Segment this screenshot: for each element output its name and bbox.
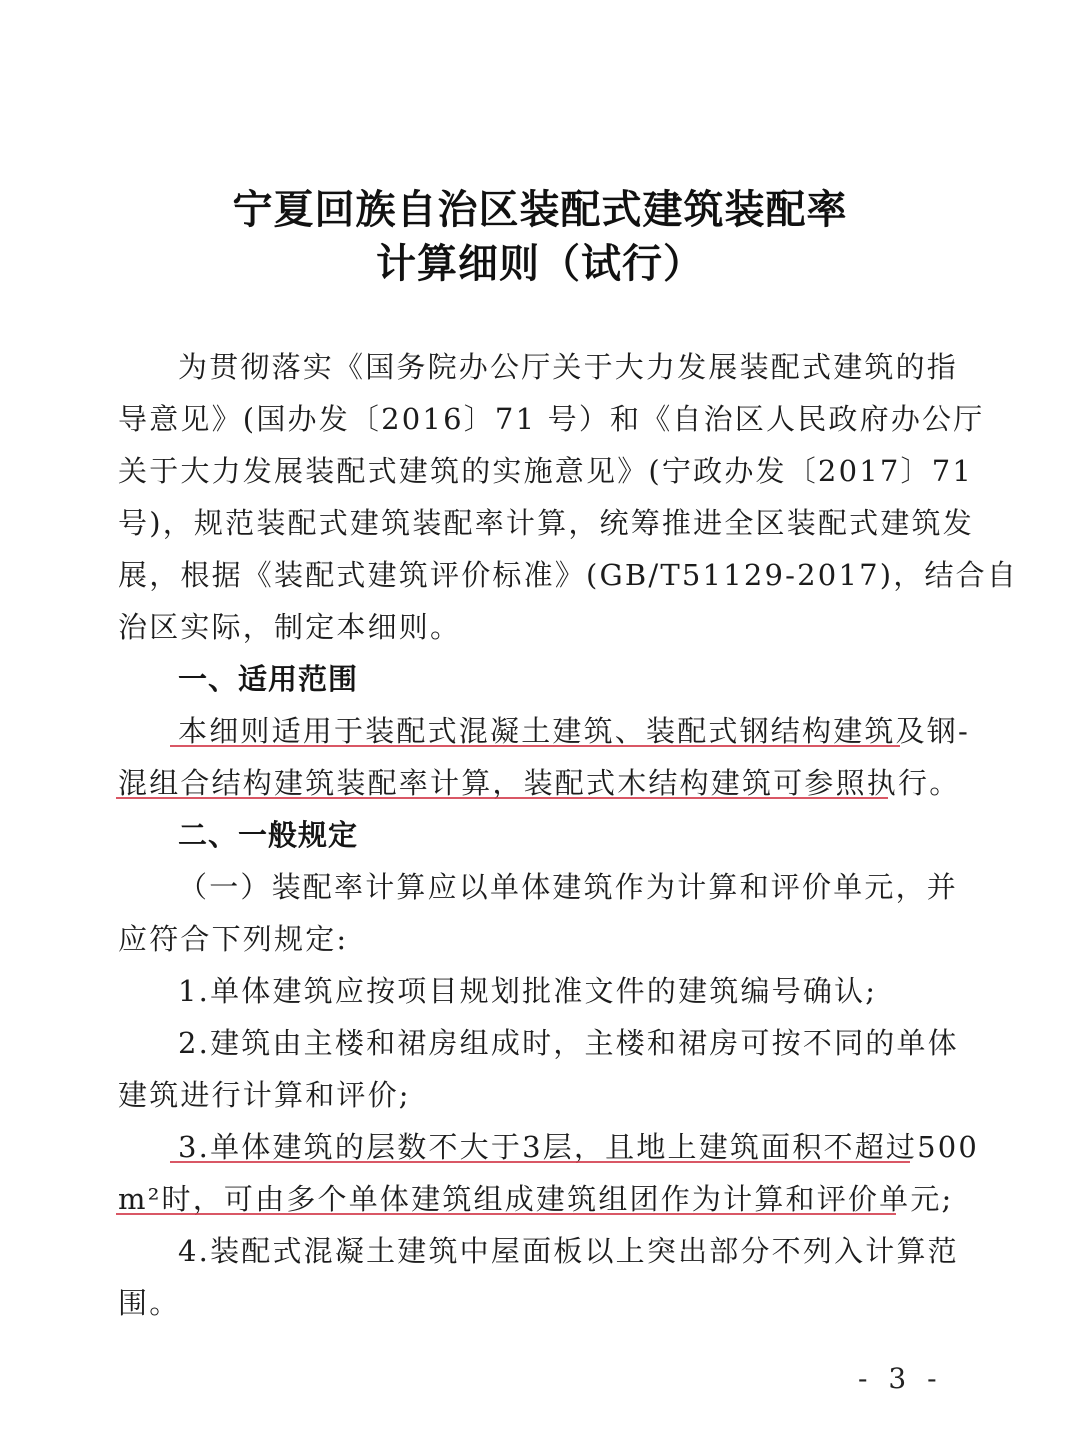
red-underline bbox=[170, 1161, 910, 1163]
scope-line: 混组合结构建筑装配率计算，装配式木结构建筑可参照执行。 bbox=[118, 761, 960, 802]
red-underline bbox=[170, 745, 900, 747]
preamble-line: 关于大力发展装配式建筑的实施意见》(宁政办发〔2017〕71 bbox=[118, 449, 973, 490]
red-underline bbox=[116, 1213, 896, 1215]
preamble-line: 展，根据《装配式建筑评价标准》(GB/T51129-2017)，结合自 bbox=[118, 553, 1018, 594]
general-line: m²时，可由多个单体建筑组成建筑组团作为计算和评价单元; bbox=[118, 1177, 954, 1218]
general-line: 4.装配式混凝土建筑中屋面板以上突出部分不列入计算范 bbox=[178, 1229, 959, 1270]
section-heading-scope: 一、适用范围 bbox=[178, 657, 358, 698]
preamble-line: 导意见》(国办发〔2016〕71 号）和《自治区人民政府办公厅 bbox=[118, 397, 984, 438]
general-line: 围。 bbox=[118, 1281, 180, 1322]
section-heading-general: 二、一般规定 bbox=[178, 813, 358, 854]
preamble-line: 号)，规范装配式建筑装配率计算，统筹推进全区装配式建筑发 bbox=[118, 501, 974, 542]
general-line: 3.单体建筑的层数不大于3层，且地上建筑面积不超过500 bbox=[178, 1125, 979, 1166]
red-underline bbox=[116, 797, 888, 799]
document-title-line1: 宁夏回族自治区装配式建筑装配率 bbox=[0, 178, 1080, 235]
general-line: （一）装配率计算应以单体建筑作为计算和评价单元，并 bbox=[178, 865, 958, 906]
preamble-line: 治区实际，制定本细则。 bbox=[118, 605, 461, 646]
general-line: 1.单体建筑应按项目规划批准文件的建筑编号确认; bbox=[178, 969, 877, 1010]
general-line: 应符合下列规定: bbox=[118, 917, 348, 958]
scope-line: 本细则适用于装配式混凝土建筑、装配式钢结构建筑及钢- bbox=[178, 709, 970, 750]
preamble-line: 为贯彻落实《国务院办公厅关于大力发展装配式建筑的指 bbox=[178, 345, 958, 386]
general-line: 建筑进行计算和评价; bbox=[118, 1073, 411, 1114]
general-line: 2.建筑由主楼和裙房组成时，主楼和裙房可按不同的单体 bbox=[178, 1021, 959, 1062]
document-title-line2: 计算细则（试行） bbox=[0, 232, 1080, 289]
page-number: - 3 - bbox=[858, 1362, 943, 1395]
